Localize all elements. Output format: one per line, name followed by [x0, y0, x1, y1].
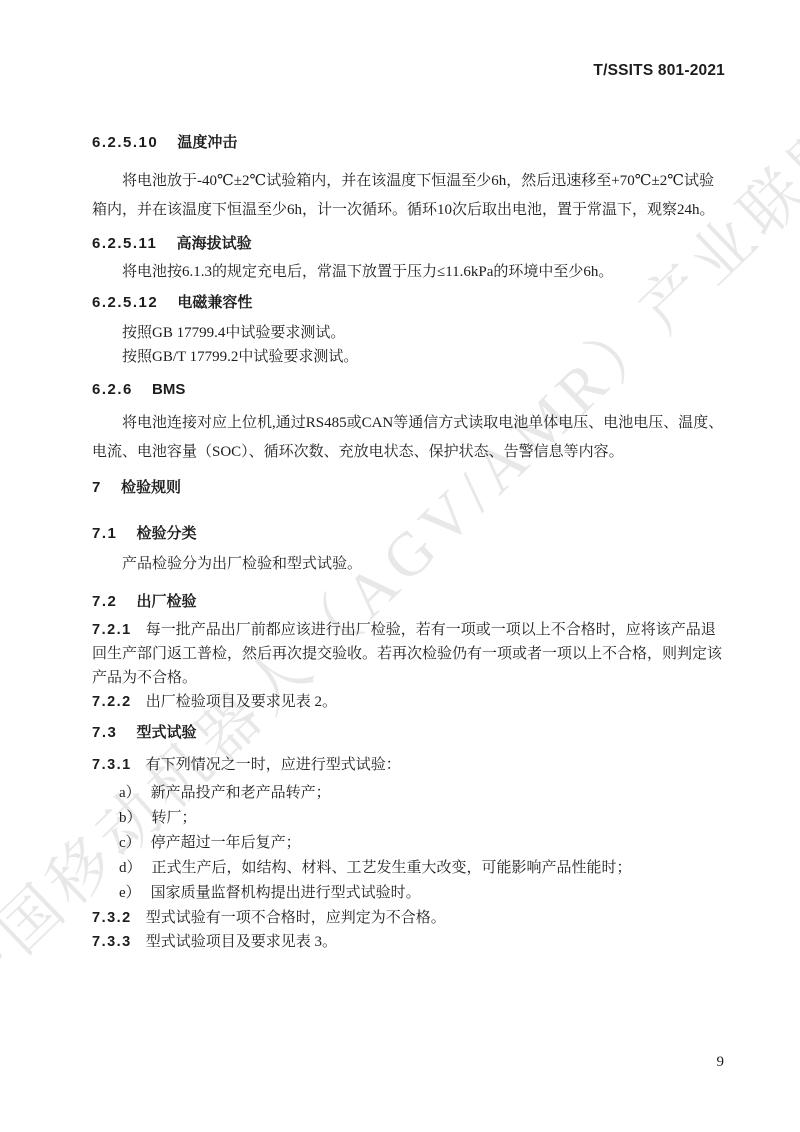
clause-7-2-1: 7.2.1每一批产品出厂前都应该进行出厂检验，若有一项或一项以上不合格时，应将该…: [92, 618, 726, 690]
heading-7-1-number: 7.1: [92, 525, 117, 542]
heading-6-2-6-title: BMS: [152, 381, 185, 398]
heading-7-1-title: 检验分类: [137, 525, 197, 542]
heading-6-2-6-number: 6.2.6: [92, 381, 133, 398]
heading-7-2: 7.2 出厂检验: [92, 592, 726, 612]
clause-7-2-2-number: 7.2.2: [92, 694, 132, 710]
list-item-d-text: 正式生产后，如结构、材料、工艺发生重大改变，可能影响产品性能时；: [152, 860, 632, 876]
clause-7-2-2: 7.2.2出厂检验项目及要求见表 2。: [92, 690, 726, 714]
list-item-a-text: 新产品投产和老产品转产；: [151, 785, 331, 801]
clause-7-3-1: 7.3.1有下列情况之一时，应进行型式试验：: [92, 753, 726, 777]
heading-6-2-5-12: 6.2.5.12 电磁兼容性: [92, 293, 726, 313]
para-emc-test-2: 按照GB/T 17799.2中试验要求测试。: [92, 345, 726, 369]
doc-header: T/SSITS 801-2021: [593, 62, 725, 80]
clause-7-3-2-number: 7.3.2: [92, 910, 132, 926]
heading-7-3-number: 7.3: [92, 724, 117, 741]
list-item-d: d）正式生产后，如结构、材料、工艺发生重大改变，可能影响产品性能时；: [92, 856, 726, 881]
clause-7-3-3: 7.3.3型式试验项目及要求见表 3。: [92, 930, 726, 954]
para-temperature-shock: 将电池放于-40℃±2℃试验箱内，并在该温度下恒温至少6h，然后迅速移至+70℃…: [92, 167, 726, 225]
heading-6-2-5-11-number: 6.2.5.11: [92, 235, 157, 252]
heading-6-2-5-10-number: 6.2.5.10: [92, 134, 158, 151]
para-emc-test-1: 按照GB 17799.4中试验要求测试。: [92, 321, 726, 345]
list-item-c: c）停产超过一年后复产；: [92, 831, 726, 856]
list-item-b-marker: b）: [119, 810, 142, 826]
document-content: 6.2.5.10 温度冲击 将电池放于-40℃±2℃试验箱内，并在该温度下恒温至…: [92, 120, 726, 954]
heading-6-2-6: 6.2.6 BMS: [92, 380, 726, 400]
list-item-e-marker: e）: [119, 885, 141, 901]
list-item-b: b）转厂；: [92, 806, 726, 831]
list-item-e-text: 国家质量监督机构提出进行型式试验时。: [151, 885, 421, 901]
list-item-c-marker: c）: [119, 835, 141, 851]
clause-7-3-3-text: 型式试验项目及要求见表 3。: [146, 934, 337, 950]
doc-number: T/SSITS 801-2021: [593, 62, 725, 79]
heading-6-2-5-12-number: 6.2.5.12: [92, 294, 158, 311]
heading-7-1: 7.1 检验分类: [92, 524, 726, 544]
heading-6-2-5-10-title: 温度冲击: [177, 134, 237, 151]
list-item-a: a）新产品投产和老产品转产；: [92, 781, 726, 806]
para-bms: 将电池连接对应上位机,通过RS485或CAN等通信方式读取电池单体电压、电池电压…: [92, 409, 726, 467]
heading-chapter-7-title: 检验规则: [121, 479, 181, 496]
heading-chapter-7: 7 检验规则: [92, 478, 726, 498]
document-page: 中国移动机器人（AGV/AMR）产业联盟 T/SSITS 801-2021 6.…: [0, 0, 800, 1132]
heading-7-3: 7.3 型式试验: [92, 723, 726, 743]
type-test-conditions-list: a）新产品投产和老产品转产； b）转厂； c）停产超过一年后复产； d）正式生产…: [92, 781, 726, 906]
heading-7-2-title: 出厂检验: [137, 593, 197, 610]
clause-7-3-2: 7.3.2型式试验有一项不合格时，应判定为不合格。: [92, 906, 726, 930]
heading-6-2-5-11: 6.2.5.11 高海拔试验: [92, 234, 726, 254]
heading-6-2-5-12-title: 电磁兼容性: [177, 294, 252, 311]
para-inspection-classes: 产品检验分为出厂检验和型式试验。: [92, 552, 726, 576]
list-item-c-text: 停产超过一年后复产；: [151, 835, 301, 851]
heading-7-3-title: 型式试验: [137, 724, 197, 741]
heading-chapter-7-number: 7: [92, 479, 102, 496]
list-item-d-marker: d）: [119, 860, 142, 876]
clause-7-3-3-number: 7.3.3: [92, 934, 132, 950]
list-item-a-marker: a）: [119, 785, 141, 801]
heading-6-2-5-10: 6.2.5.10 温度冲击: [92, 133, 726, 153]
clause-7-3-1-number: 7.3.1: [92, 757, 132, 773]
heading-6-2-5-11-title: 高海拔试验: [177, 235, 252, 252]
para-high-altitude-test: 将电池按6.1.3的规定充电后，常温下放置于压力≤11.6kPa的环境中至少6h…: [92, 258, 726, 287]
list-item-b-text: 转厂；: [152, 810, 197, 826]
clause-7-2-2-text: 出厂检验项目及要求见表 2。: [146, 694, 337, 710]
clause-7-3-2-text: 型式试验有一项不合格时，应判定为不合格。: [146, 910, 446, 926]
clause-7-2-1-text: 每一批产品出厂前都应该进行出厂检验，若有一项或一项以上不合格时，应将该产品退回生…: [92, 622, 722, 686]
clause-7-2-1-number: 7.2.1: [92, 622, 132, 638]
heading-7-2-number: 7.2: [92, 593, 117, 610]
page-number: 9: [717, 1054, 725, 1071]
list-item-e: e）国家质量监督机构提出进行型式试验时。: [92, 881, 726, 906]
clause-7-3-1-text: 有下列情况之一时，应进行型式试验：: [146, 757, 401, 773]
